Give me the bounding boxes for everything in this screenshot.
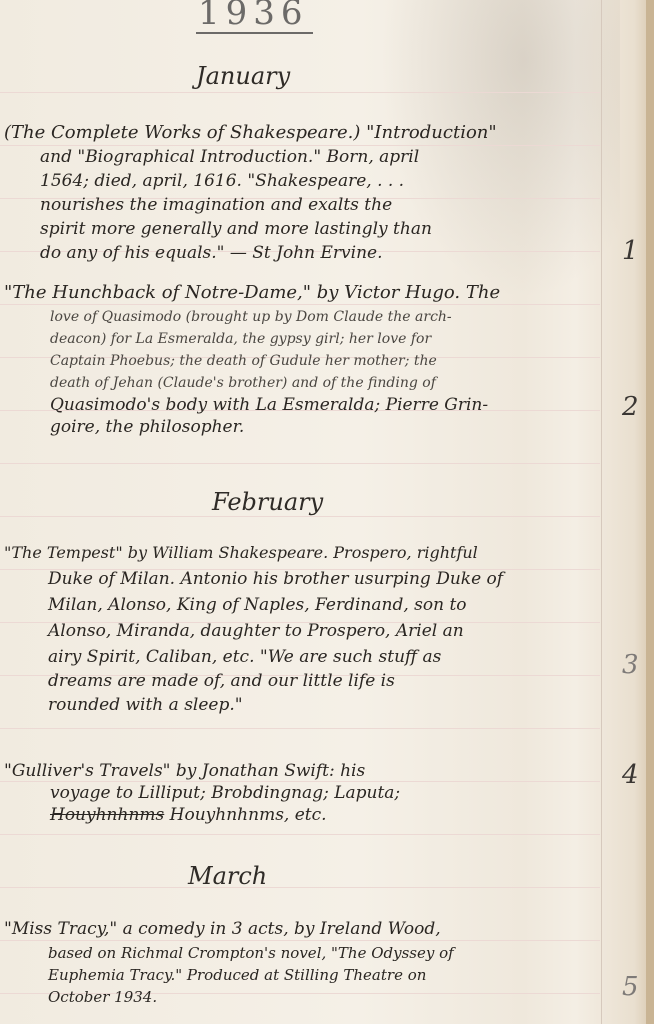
entry-line: Duke of Milan. Antonio his brother usurp… <box>48 568 503 590</box>
entry-line-text: Houyhnhnms, etc. <box>170 805 327 825</box>
entry-line: airy Spirit, Caliban, etc. "We are such … <box>48 646 441 668</box>
entry-line: Euphemia Tracy." Produced at Stilling Th… <box>48 964 426 986</box>
entry-number: 1 <box>622 236 639 266</box>
entry-line: "Gulliver's Travels" by Jonathan Swift: … <box>4 760 365 782</box>
entry-line: love of Quasimodo (brought up by Dom Cla… <box>50 306 452 328</box>
page-edge <box>646 0 654 1024</box>
ruled-line <box>0 887 600 888</box>
entry-line: (The Complete Works of Shakespeare.) "In… <box>4 122 497 144</box>
ruled-line <box>0 304 600 305</box>
entry-number: 5 <box>622 972 639 1002</box>
entry-line: based on Richmal Crompton's novel, "The … <box>48 942 454 964</box>
entry-line: nourishes the imagination and exalts the <box>40 194 392 216</box>
entry-line: "The Hunchback of Notre-Dame," by Victor… <box>4 282 500 304</box>
entry-line: "The Tempest" by William Shakespeare. Pr… <box>4 542 478 564</box>
year-heading: 1936 <box>196 0 313 34</box>
entry-line: Milan, Alonso, King of Naples, Ferdinand… <box>48 594 467 616</box>
month-heading-february: February <box>212 488 323 516</box>
margin-line <box>601 0 602 1024</box>
entry-line: 1564; died, april, 1616. "Shakespeare, .… <box>40 170 404 192</box>
entry-line: rounded with a sleep." <box>48 694 243 716</box>
month-heading-march: March <box>188 862 267 890</box>
entry-line: "Miss Tracy," a comedy in 3 acts, by Ire… <box>4 918 441 940</box>
ruled-line <box>0 516 600 517</box>
entry-line: Captain Phoebus; the death of Gudule her… <box>50 350 437 372</box>
entry-line: Alonso, Miranda, daughter to Prospero, A… <box>48 620 464 642</box>
struck-word: Houyhnhnms <box>50 805 164 825</box>
entry-line: voyage to Lilliput; Brobdingnag; Laputa; <box>50 782 400 804</box>
entry-line: death of Jehan (Claude's brother) and of… <box>50 372 436 394</box>
entry-line: spirit more generally and more lastingly… <box>40 218 432 240</box>
entry-line: Houyhnhnms Houyhnhnms, etc. <box>50 804 327 826</box>
ruled-line <box>0 940 600 941</box>
entry-line: deacon) for La Esmeralda, the gypsy girl… <box>50 328 431 350</box>
entry-line: dreams are made of, and our little life … <box>48 670 395 692</box>
entry-number: 4 <box>622 760 639 790</box>
ruled-line <box>0 92 600 93</box>
month-heading-january: January <box>196 62 290 90</box>
ruled-line <box>0 834 600 835</box>
entry-line: goire, the philosopher. <box>50 416 244 438</box>
entry-line: Quasimodo's body with La Esmeralda; Pier… <box>50 394 488 416</box>
entry-line: and "Biographical Introduction." Born, a… <box>40 146 419 168</box>
ruled-line <box>0 463 600 464</box>
entry-line: do any of his equals." — St John Ervine. <box>40 242 383 264</box>
ruled-line <box>0 728 600 729</box>
notebook-page: 1936 January (The Complete Works of Shak… <box>0 0 654 1024</box>
entry-number: 2 <box>622 392 639 422</box>
entry-line: October 1934. <box>48 986 157 1008</box>
entry-number: 3 <box>622 650 639 680</box>
